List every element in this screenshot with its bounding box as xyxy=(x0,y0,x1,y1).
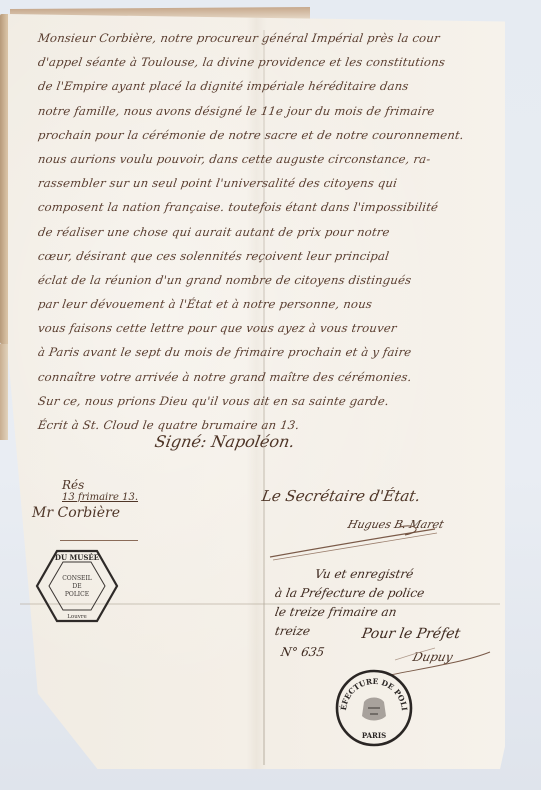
margin-note-line: Rés xyxy=(62,478,138,492)
letter-line: d'appel séante à Toulouse, la divine pro… xyxy=(36,50,469,74)
letter-line: notre famille, nous avons désigné le 11e… xyxy=(36,99,469,123)
svg-text:POLICE: POLICE xyxy=(65,591,89,598)
letter-line: Sur ce, nous prions Dieu qu'il vous ait … xyxy=(36,389,469,413)
book-binding-lower xyxy=(0,344,8,440)
letter-line: connaître votre arrivée à notre grand ma… xyxy=(36,365,469,389)
svg-text:Louvre: Louvre xyxy=(67,614,87,620)
round-prefecture-stamp-icon: PRÉFECTURE DE POLICE PARIS xyxy=(334,668,414,748)
pour-le-prefet: Pour le Préfet xyxy=(361,626,462,642)
letter-line: Monsieur Corbière, notre procureur génér… xyxy=(36,26,469,50)
napoleon-signature-line: Signé: Napoléon. xyxy=(153,432,296,451)
hexagonal-stamp-icon: DU MUSÉE CONSEIL DE POLICE Louvre xyxy=(35,548,119,624)
letter-line: rassembler sur un seul point l'universal… xyxy=(36,171,469,195)
letter-line: nous aurions voulu pouvoir, dans cette a… xyxy=(36,147,469,171)
secretary-signature: Hugues B. Maret xyxy=(346,518,445,531)
margin-note: Rés 13 frimaire 13. Mr Corbière xyxy=(52,478,138,521)
svg-text:CONSEIL: CONSEIL xyxy=(62,575,92,582)
margin-note-name: Mr Corbière xyxy=(32,505,138,521)
letter-line: éclat de la réunion d'un grand nombre de… xyxy=(36,268,469,292)
registration-number: N° 635 xyxy=(280,645,326,659)
letter-line: à Paris avant le sept du mois de frimair… xyxy=(36,340,469,364)
letter-line: composent la nation française. toutefois… xyxy=(36,195,469,219)
margin-divider xyxy=(60,540,138,541)
svg-text:DE: DE xyxy=(72,583,81,590)
letter-line: de l'Empire ayant placé la dignité impér… xyxy=(36,74,469,98)
prefet-signature: Dupuy xyxy=(411,650,454,664)
letter-line: vous faisons cette lettre pour que vous … xyxy=(36,316,469,340)
registration-line: le treize frimaire an xyxy=(273,603,506,622)
svg-text:DU MUSÉE: DU MUSÉE xyxy=(55,553,99,562)
margin-note-date: 13 frimaire 13. xyxy=(62,492,138,503)
letter-body: Monsieur Corbière, notre procureur génér… xyxy=(38,26,468,437)
secretary-title: Le Secrétaire d'État. xyxy=(260,487,421,505)
registration-line: à la Préfecture de police xyxy=(273,584,506,603)
letter-line: cœur, désirant que ces solennités reçoiv… xyxy=(36,244,469,268)
letter-line: prochain pour la cérémonie de notre sacr… xyxy=(36,123,469,147)
registration-line: Vu et enregistré xyxy=(313,565,506,584)
letter-line: par leur dévouement à l'État et à notre … xyxy=(36,292,469,316)
svg-text:PARIS: PARIS xyxy=(362,731,386,740)
letter-line: de réaliser une chose qui aurait autant … xyxy=(36,220,469,244)
